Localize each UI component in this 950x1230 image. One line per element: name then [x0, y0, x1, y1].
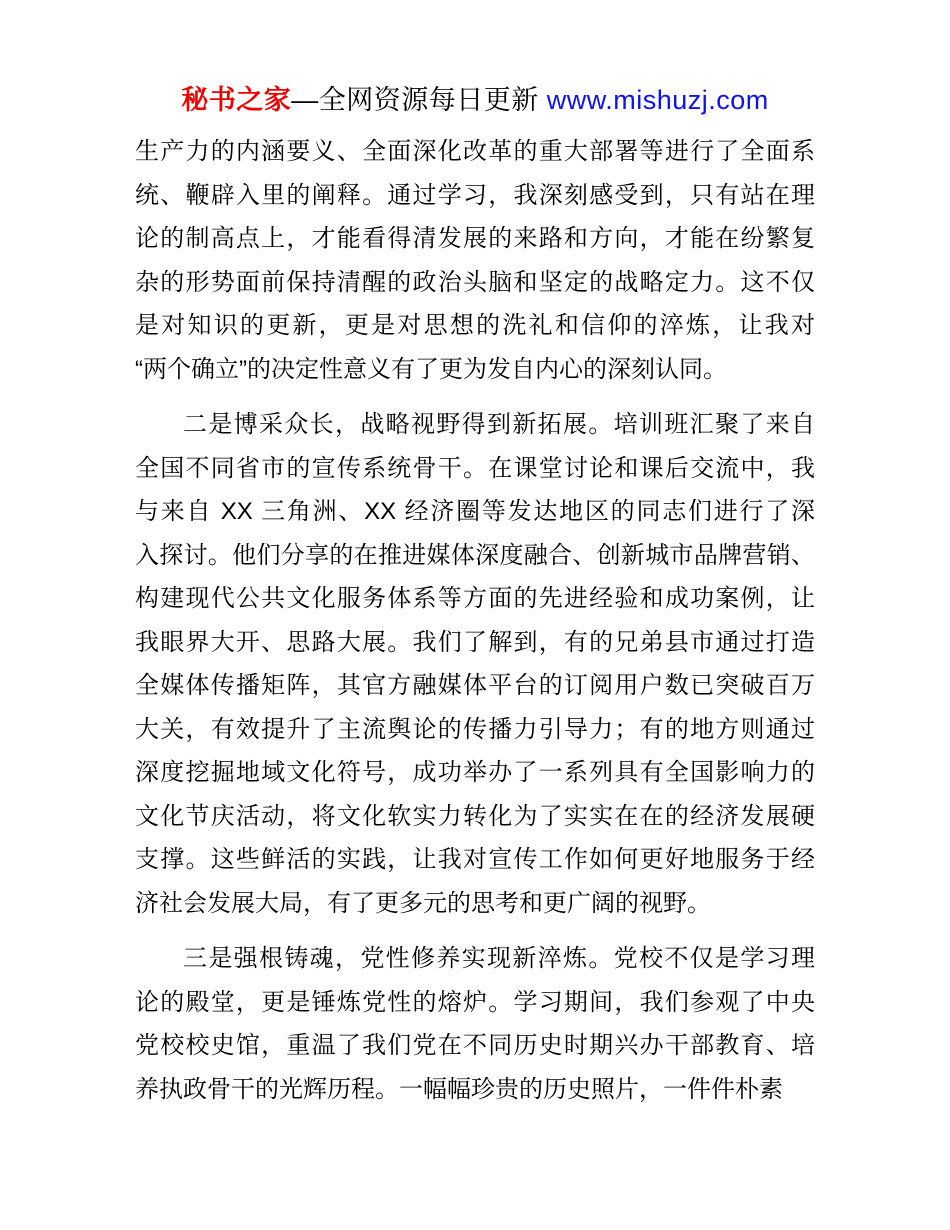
text-line: 文化节庆活动，将文化软实力转化为了实实在在的经济发展硬: [135, 795, 815, 839]
text-line: 论的制高点上，才能看得清发展的来路和方向，才能在纷繁复: [135, 217, 815, 261]
text-line: “两个确立”的决定性意义有了更为发自内心的深刻认同。: [135, 348, 815, 392]
text-line: 支撑。这些鲜活的实践，让我对宣传工作如何更好地服务于经: [135, 838, 815, 882]
paragraph: 三是强根铸魂，党性修养实现新淬炼。党校不仅是学习理论的殿堂，更是锤炼党性的熔炉。…: [135, 937, 815, 1111]
site-header: 秘书之家—全网资源每日更新 www.mishuzj.com: [0, 84, 950, 116]
text-line: 统、鞭辟入里的阐释。通过学习，我深刻感受到，只有站在理: [135, 174, 815, 218]
text-line: 我眼界大开、思路大展。我们了解到，有的兄弟县市通过打造: [135, 621, 815, 665]
text-line: 杂的形势面前保持清醒的政治头脑和坚定的战略定力。这不仅: [135, 261, 815, 305]
header-space: [539, 85, 547, 115]
text-line: 构建现代公共文化服务体系等方面的先进经验和成功案例，让: [135, 577, 815, 621]
text-line: 论的殿堂，更是锤炼党性的熔炉。学习期间，我们参观了中央: [135, 981, 815, 1025]
site-tagline: —全网资源每日更新: [291, 85, 539, 115]
text-line: 全媒体传播矩阵，其官方融媒体平台的订阅用户数已突破百万: [135, 664, 815, 708]
text-line: 深度挖掘地域文化符号，成功举办了一系列具有全国影响力的: [135, 751, 815, 795]
site-url-link[interactable]: www.mishuzj.com: [547, 85, 769, 115]
text-line: 二是博采众长，战略视野得到新拓展。培训班汇聚了来自: [135, 403, 815, 447]
text-line: 济社会发展大局，有了更多元的思考和更广阔的视野。: [135, 882, 815, 926]
text-line: 党校校史馆，重温了我们党在不同历史时期兴办干部教育、培: [135, 1024, 815, 1068]
paragraph: 二是博采众长，战略视野得到新拓展。培训班汇聚了来自全国不同省市的宣传系统骨干。在…: [135, 403, 815, 925]
site-brand: 秘书之家: [181, 85, 291, 115]
document-page: 秘书之家—全网资源每日更新 www.mishuzj.com 生产力的内涵要义、全…: [0, 0, 950, 1230]
paragraph: 生产力的内涵要义、全面深化改革的重大部署等进行了全面系统、鞭辟入里的阐释。通过学…: [135, 130, 815, 391]
text-line: 入探讨。他们分享的在推进媒体深度融合、创新城市品牌营销、: [135, 534, 815, 578]
document-body: 生产力的内涵要义、全面深化改革的重大部署等进行了全面系统、鞭辟入里的阐释。通过学…: [135, 130, 815, 1111]
text-line: 全国不同省市的宣传系统骨干。在课堂讨论和课后交流中，我: [135, 447, 815, 491]
text-line: 与来自 XX 三角洲、XX 经济圈等发达地区的同志们进行了深: [135, 490, 815, 534]
text-line: 养执政骨干的光辉历程。一幅幅珍贵的历史照片，一件件朴素: [135, 1068, 815, 1112]
text-line: 生产力的内涵要义、全面深化改革的重大部署等进行了全面系: [135, 130, 815, 174]
text-line: 大关，有效提升了主流舆论的传播力引导力；有的地方则通过: [135, 708, 815, 752]
text-line: 是对知识的更新，更是对思想的洗礼和信仰的淬炼，让我对: [135, 304, 815, 348]
text-line: 三是强根铸魂，党性修养实现新淬炼。党校不仅是学习理: [135, 937, 815, 981]
